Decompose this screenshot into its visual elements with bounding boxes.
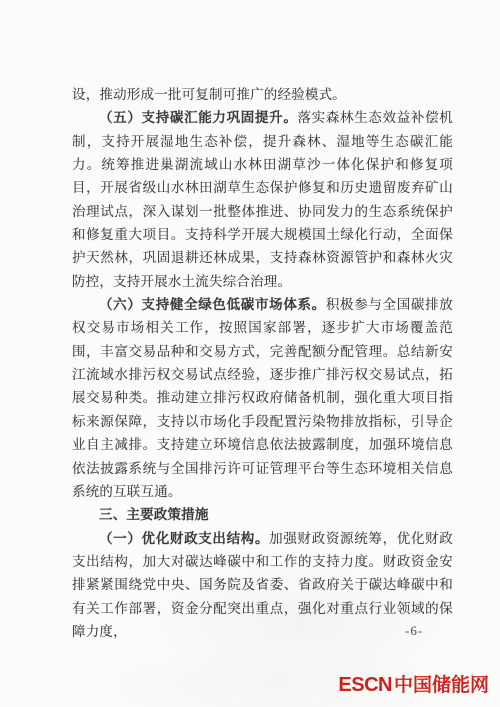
text-run: 加强财政资源统筹，优化财政支出结构，加大对碳达峰碳中和工作的支持力度。财政资金安… — [72, 531, 453, 639]
page-number: -6- — [405, 623, 423, 639]
document-body: 设，推动形成一批可复制可推广的经验模式。（五）支持碳汇能力巩固提升。落实森林生态… — [72, 83, 453, 643]
heading-run: 三、主要政策措施 — [99, 507, 209, 522]
text-run: 落实森林生态效益补偿机制，支持开展湿地生态补偿，提升森林、湿地等生态碳汇能力。统… — [72, 110, 453, 288]
heading-run: （五）支持碳汇能力巩固提升。 — [99, 110, 298, 125]
paragraph: （一）优化财政支出结构。加强财政资源统筹，优化财政支出结构，加大对碳达峰碳中和工… — [72, 527, 453, 644]
text-run: 设，推动形成一批可复制可推广的经验模式。 — [72, 87, 346, 102]
heading-run: （一）优化财政支出结构。 — [99, 531, 269, 546]
paragraph: （五）支持碳汇能力巩固提升。落实森林生态效益补偿机制，支持开展湿地生态补偿，提升… — [72, 106, 453, 293]
paragraph: 设，推动形成一批可复制可推广的经验模式。 — [72, 83, 453, 106]
text-run: 积极参与全国碳排放权交易市场相关工作，按照国家部署，逐步扩大市场覆盖范围，丰富交… — [72, 297, 453, 499]
document-page: 设，推动形成一批可复制可推广的经验模式。（五）支持碳汇能力巩固提升。落实森林生态… — [0, 0, 500, 707]
escn-watermark: ESCN中国储能网 — [338, 673, 489, 698]
escn-logo-cjk: 中国储能网 — [394, 675, 489, 696]
paragraph: （六）支持健全绿色低碳市场体系。积极参与全国碳排放权交易市场相关工作，按照国家部… — [72, 293, 453, 503]
escn-logo-latin: ESCN — [338, 674, 392, 696]
heading-run: （六）支持健全绿色低碳市场体系。 — [99, 297, 326, 312]
paragraph: 三、主要政策措施 — [72, 503, 453, 526]
